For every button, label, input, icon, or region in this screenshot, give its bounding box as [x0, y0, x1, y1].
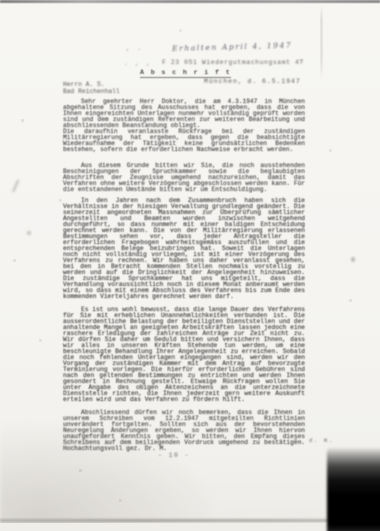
scan-bottom-margin	[0, 523, 336, 531]
paragraph-3: Aus diesem Grunde bitten wir Sie, die no…	[63, 163, 305, 193]
scan-bottom-edge-line	[0, 519, 336, 522]
right-margin-dot	[351, 257, 355, 262]
paragraph-4: In den Jahren nach dem Zusammenbruch hab…	[63, 198, 305, 300]
ink-blot-corner	[327, 447, 380, 531]
scanned-letter-page: , . Erhalten April 4, 1947 . , , F 23 05…	[0, 0, 380, 531]
letter-body: Sehr geehrter Herr Doktor, die am 4.3.19…	[63, 99, 305, 452]
paragraph-6: Abschliessend dürfen wir noch bemerken, …	[63, 410, 305, 452]
header-margin-mark-2: . , ,	[124, 60, 152, 67]
left-margin-dot	[27, 231, 31, 235]
scan-top-edge-line	[0, 0, 380, 3]
closing-initials-mark: f. d. R.	[294, 437, 334, 444]
recipient-city: Bad Reichenhall	[63, 89, 120, 96]
left-margin-smudge	[6, 177, 20, 193]
file-reference-line: F 23 051 Wiedergutmachungsamt 47	[162, 59, 304, 66]
paragraph-1: Sehr geehrter Herr Doktor, die am 4.3.19…	[63, 99, 305, 129]
vertical-crease-line	[321, 5, 322, 79]
header-margin-mark: , .	[126, 45, 143, 52]
document-title-abschrift: A b s c h r i f t	[140, 69, 231, 78]
page-number: - 10 -	[0, 452, 348, 459]
received-annotation: Erhalten April 4, 1947	[172, 40, 312, 53]
paragraph-2: Die daraufhin veranlasste Rückfrage bei …	[63, 129, 305, 153]
place-dateline: München, d. 6.5.1947	[204, 78, 301, 85]
recipient-address-block: Herrn A. S. Bad Reichenhall	[63, 82, 120, 95]
paper-noise-speckles	[0, 0, 1, 1]
paragraph-5: Es ist uns wohl bewusst, dass die lange …	[63, 307, 305, 403]
